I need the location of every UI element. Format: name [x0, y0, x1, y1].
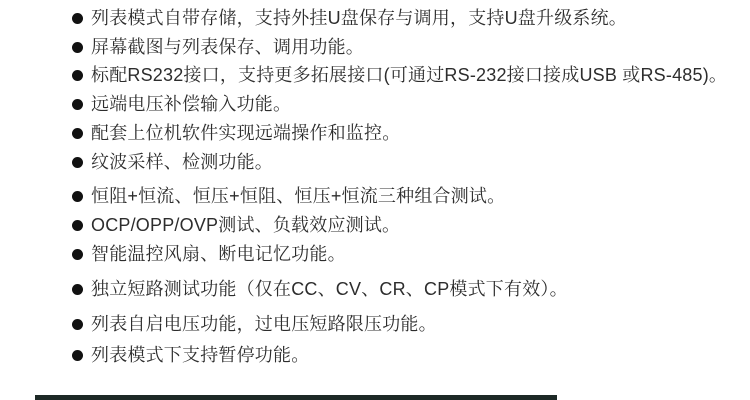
feature-text: 远端电压补偿输入功能。 [91, 94, 291, 115]
product-feature-list: 列表模式自带存储，支持外挂U盘保存与调用，支持U盘升级系统。 屏幕截图与列表保存… [0, 0, 750, 366]
feature-text: 智能温控风扇、断电记忆功能。 [91, 244, 346, 265]
section-divider-bar [35, 395, 557, 400]
feature-text: 列表自启电压功能，过电压短路限压功能。 [91, 314, 437, 335]
feature-list-item: 列表自启电压功能，过电压短路限压功能。 [72, 314, 750, 335]
bullet-icon [72, 284, 83, 295]
bullet-icon [72, 220, 83, 231]
feature-list-item: 智能温控风扇、断电记忆功能。 [72, 244, 750, 265]
feature-list-item: OCP/OPP/OVP测试、负载效应测试。 [72, 215, 750, 236]
bullet-icon [72, 350, 83, 361]
feature-text: OCP/OPP/OVP测试、负载效应测试。 [91, 215, 400, 236]
feature-text: 配套上位机软件实现远端操作和监控。 [91, 123, 400, 144]
feature-text: 列表模式自带存储，支持外挂U盘保存与调用，支持U盘升级系统。 [91, 8, 627, 29]
feature-list-item: 列表模式下支持暂停功能。 [72, 345, 750, 366]
feature-text: 独立短路测试功能（仅在CC、CV、CR、CP模式下有效）。 [91, 279, 568, 300]
bullet-icon [72, 70, 83, 81]
bullet-icon [72, 99, 83, 110]
bullet-icon [72, 191, 83, 202]
feature-list-item: 纹波采样、检测功能。 [72, 152, 750, 173]
bullet-icon [72, 128, 83, 139]
feature-list-item: 标配RS232接口，支持更多拓展接口(可通过RS-232接口接成USB 或RS-… [72, 65, 750, 86]
bullet-icon [72, 42, 83, 53]
bullet-icon [72, 319, 83, 330]
feature-list-item: 配套上位机软件实现远端操作和监控。 [72, 123, 750, 144]
feature-text: 列表模式下支持暂停功能。 [91, 345, 309, 366]
bullet-icon [72, 157, 83, 168]
feature-text: 恒阻+恒流、恒压+恒阻、恒压+恒流三种组合测试。 [91, 186, 505, 207]
feature-list-item: 独立短路测试功能（仅在CC、CV、CR、CP模式下有效）。 [72, 279, 750, 300]
feature-list-item: 列表模式自带存储，支持外挂U盘保存与调用，支持U盘升级系统。 [72, 8, 750, 29]
feature-list-item: 恒阻+恒流、恒压+恒阻、恒压+恒流三种组合测试。 [72, 186, 750, 207]
feature-text: 纹波采样、检测功能。 [91, 152, 273, 173]
bullet-icon [72, 249, 83, 260]
bullet-icon [72, 13, 83, 24]
feature-list-item: 屏幕截图与列表保存、调用功能。 [72, 37, 750, 58]
feature-list-item: 远端电压补偿输入功能。 [72, 94, 750, 115]
feature-text: 标配RS232接口，支持更多拓展接口(可通过RS-232接口接成USB 或RS-… [91, 65, 727, 86]
feature-text: 屏幕截图与列表保存、调用功能。 [91, 37, 364, 58]
